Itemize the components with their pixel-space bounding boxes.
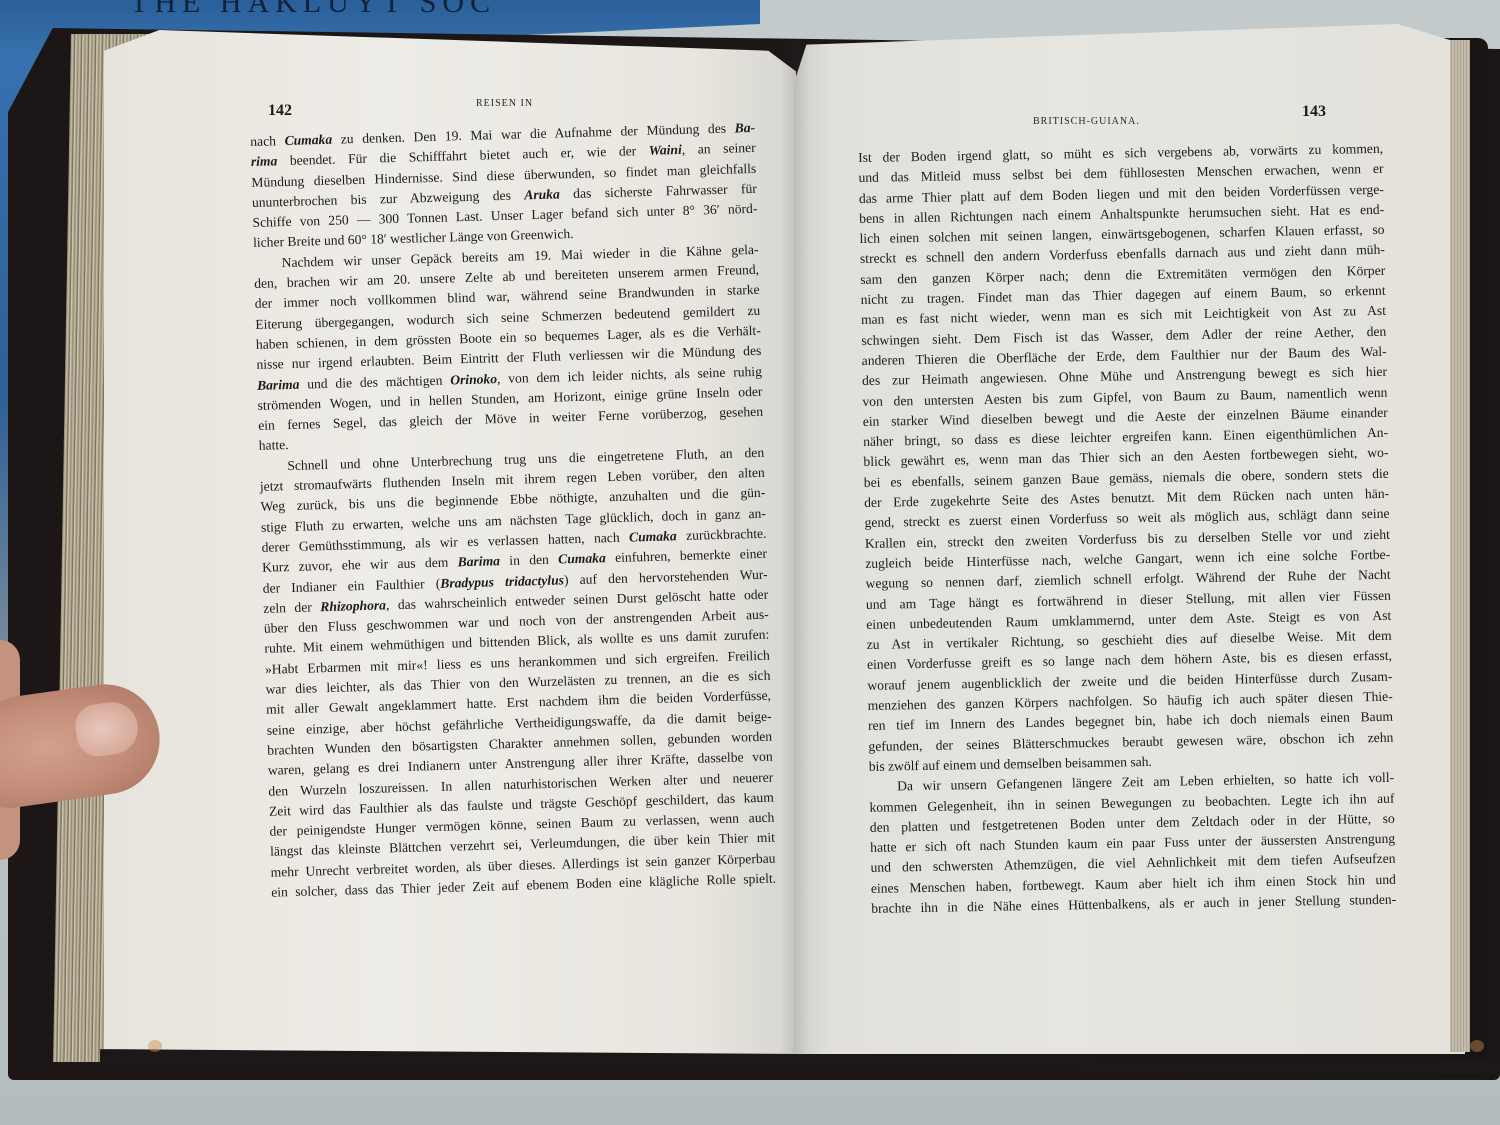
italic-term: Cumaka: [629, 528, 677, 544]
right-page-block-edges: [1450, 40, 1470, 1052]
italic-term: Cumaka: [558, 550, 606, 566]
book-gutter: [780, 40, 810, 1060]
text-run: nach: [250, 133, 285, 149]
text-run: Kurz zuvor, ehe wir aus dem: [262, 555, 458, 575]
text-run: der Indianer ein Faulthier (: [263, 575, 441, 595]
text-run: und die des mächtigen: [299, 372, 450, 391]
text-run: zurückbrachte.: [676, 526, 766, 544]
italic-term: Waini: [649, 142, 682, 158]
text-run: hatte.: [259, 438, 289, 454]
italic-term: Barima: [457, 553, 500, 569]
text-run: zeln der: [263, 599, 320, 616]
text-run: in den: [500, 552, 559, 569]
paper-stain: [1470, 1040, 1484, 1052]
blue-book-spine-title: THE HAKLUYT SOC: [130, 0, 496, 20]
left-running-head: REISEN IN: [476, 98, 533, 109]
text-run: das sicherste Fahrwasser für: [560, 181, 757, 201]
text-run: bis zwölf auf einem und demselben beisam…: [869, 754, 1152, 774]
italic-term: Aruka: [524, 186, 560, 202]
italic-term: Barima: [257, 376, 300, 392]
left-page-body-text: nach Cumaka zu denken. Den 19. Mai war d…: [250, 118, 776, 903]
paper-stain: [148, 1040, 162, 1052]
text-run: , an seiner: [682, 140, 756, 157]
italic-term: Ba-: [734, 120, 755, 136]
italic-term: Bradypus tridactylus: [440, 572, 564, 590]
text-run: ) auf den hervorstehenden Wur-: [564, 566, 768, 587]
italic-term: rima: [251, 154, 278, 170]
right-page-number: 143: [1302, 103, 1326, 121]
italic-term: Orinoko: [450, 371, 497, 387]
italic-term: Rhizophora: [320, 597, 386, 614]
right-page-body-text: Ist der Boden irgend glatt, so müht es s…: [858, 139, 1396, 919]
italic-term: Cumaka: [284, 132, 332, 148]
right-running-head: BRITISCH-GUIANA.: [1033, 116, 1140, 127]
text-run: einfuhren, bemerkte einer: [606, 546, 768, 565]
left-page-number: 142: [268, 102, 292, 120]
